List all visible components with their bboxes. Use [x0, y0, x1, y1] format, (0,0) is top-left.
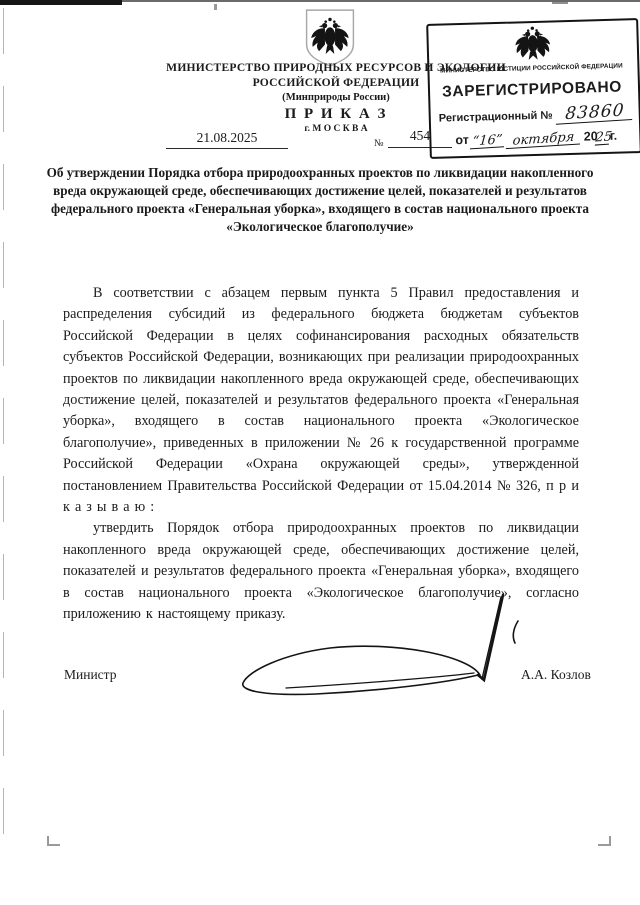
signer-position: Министр — [64, 667, 116, 683]
scan-artifact-tick — [214, 4, 217, 10]
page-corner-mark-right — [598, 836, 611, 846]
order-body: В соответствии с абзацем первым пункта 5… — [63, 283, 579, 626]
stamp-registered-label: ЗАРЕГИСТРИРОВАНО — [430, 78, 634, 102]
scan-top-edge-dark — [0, 0, 122, 5]
body-paragraph-preamble: В соответствии с абзацем первым пункта 5… — [63, 283, 579, 518]
document-date: 21.08.2025 — [166, 130, 288, 149]
page-corner-mark-left — [47, 836, 60, 846]
order-title: Об утверждении Порядка отбора природоохр… — [46, 164, 594, 236]
stamp-registration-row: Регистрационный № 83860 — [439, 103, 633, 126]
coat-of-arms-icon — [303, 8, 357, 68]
handwritten-signature — [228, 583, 528, 701]
stamp-reg-number-label: Регистрационный № — [439, 109, 553, 126]
scan-left-edge-line — [3, 8, 4, 860]
number-sign: № — [374, 138, 384, 149]
signer-name: А.А. Козлов — [521, 667, 591, 683]
scan-artifact-tick — [552, 2, 568, 4]
registration-stamp: МИНИСТЕРСТВО ЮСТИЦИИ РОССИЙСКОЙ ФЕДЕРАЦИ… — [426, 18, 640, 159]
stamp-date-row: от “16” октября 20 25 г. — [455, 128, 633, 149]
stamp-reg-number-handwritten: 83860 — [556, 102, 634, 125]
stamp-date-prefix: от — [455, 133, 469, 149]
stamp-year-handwritten: 25 — [595, 131, 610, 146]
stamp-date-day-handwritten: “16” — [470, 133, 505, 149]
stamp-authority: МИНИСТЕРСТВО ЮСТИЦИИ РОССИЙСКОЙ ФЕДЕРАЦИ… — [431, 62, 631, 75]
stamp-coat-of-arms-icon — [512, 24, 553, 61]
stamp-date-month-handwritten: октября — [506, 130, 581, 149]
